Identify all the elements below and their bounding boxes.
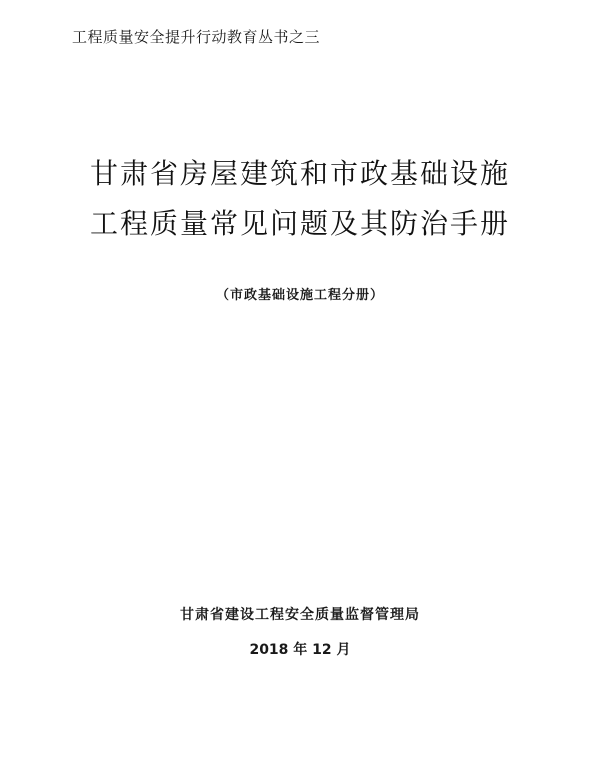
- title-line-1: 甘肃省房屋建筑和市政基础设施: [0, 152, 600, 192]
- issuer: 甘肃省建设工程安全质量监督管理局: [0, 604, 600, 624]
- subtitle: （市政基础设施工程分册）: [0, 284, 600, 303]
- title-line-2: 工程质量常见问题及其防治手册: [0, 202, 600, 242]
- publication-date: 2018 年 12 月: [0, 639, 600, 659]
- series-label: 工程质量安全提升行动教育丛书之三: [72, 26, 320, 47]
